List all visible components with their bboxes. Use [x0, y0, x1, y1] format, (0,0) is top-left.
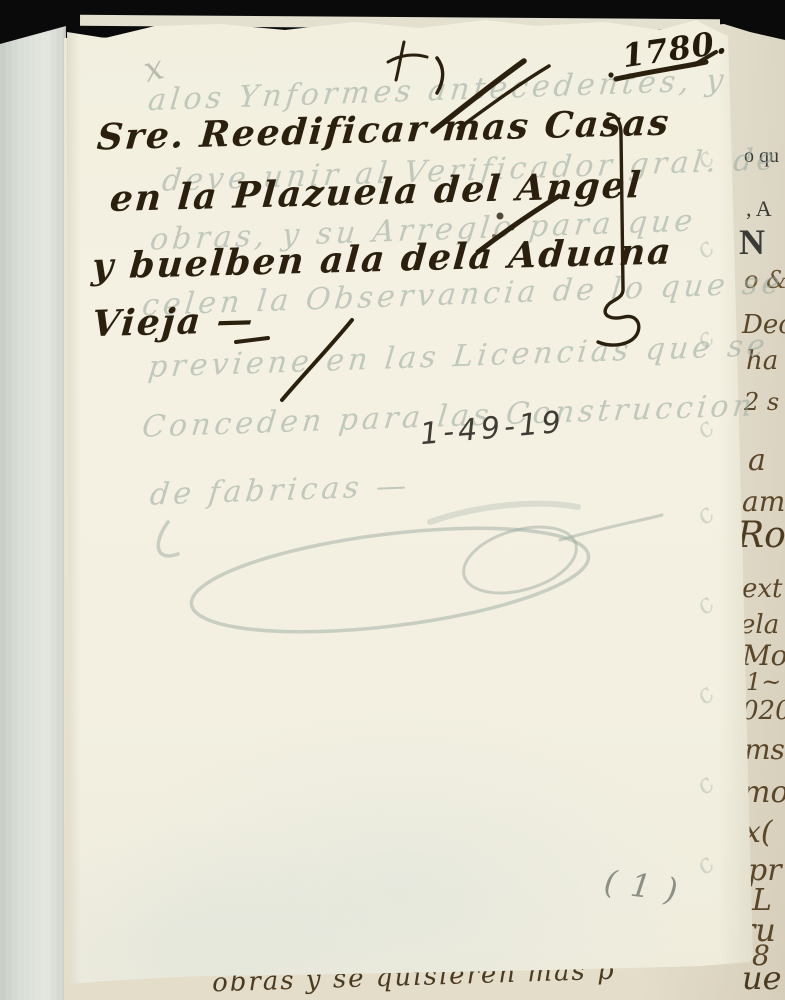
- handwritten-fragment: Mo: [742, 642, 785, 670]
- handwritten-fragment: ms: [744, 736, 785, 764]
- handwritten-fragment: ext: [742, 576, 783, 602]
- heading-line-4: Vieja —: [91, 302, 257, 342]
- printed-fragment: , A: [746, 198, 772, 220]
- bleedthrough-line: de fabricas —: [148, 471, 411, 510]
- handwritten-fragment: 1~: [746, 670, 781, 694]
- handwritten-fragment: ela: [740, 612, 779, 638]
- manuscript-scan: o qu , A N o & Dec ha 2 s a am Ro ext el…: [0, 0, 785, 1000]
- handwritten-fragment: a: [748, 446, 766, 476]
- handwritten-fragment: ue: [742, 962, 782, 994]
- handwritten-fragment: am: [742, 488, 785, 516]
- handwritten-fragment: Ro: [737, 518, 785, 554]
- pencil-page-note: ( 1 ): [602, 866, 681, 907]
- handwritten-fragment: pr: [748, 856, 782, 886]
- handwritten-fragment: 020: [742, 698, 785, 724]
- printed-fragment: N: [739, 224, 765, 260]
